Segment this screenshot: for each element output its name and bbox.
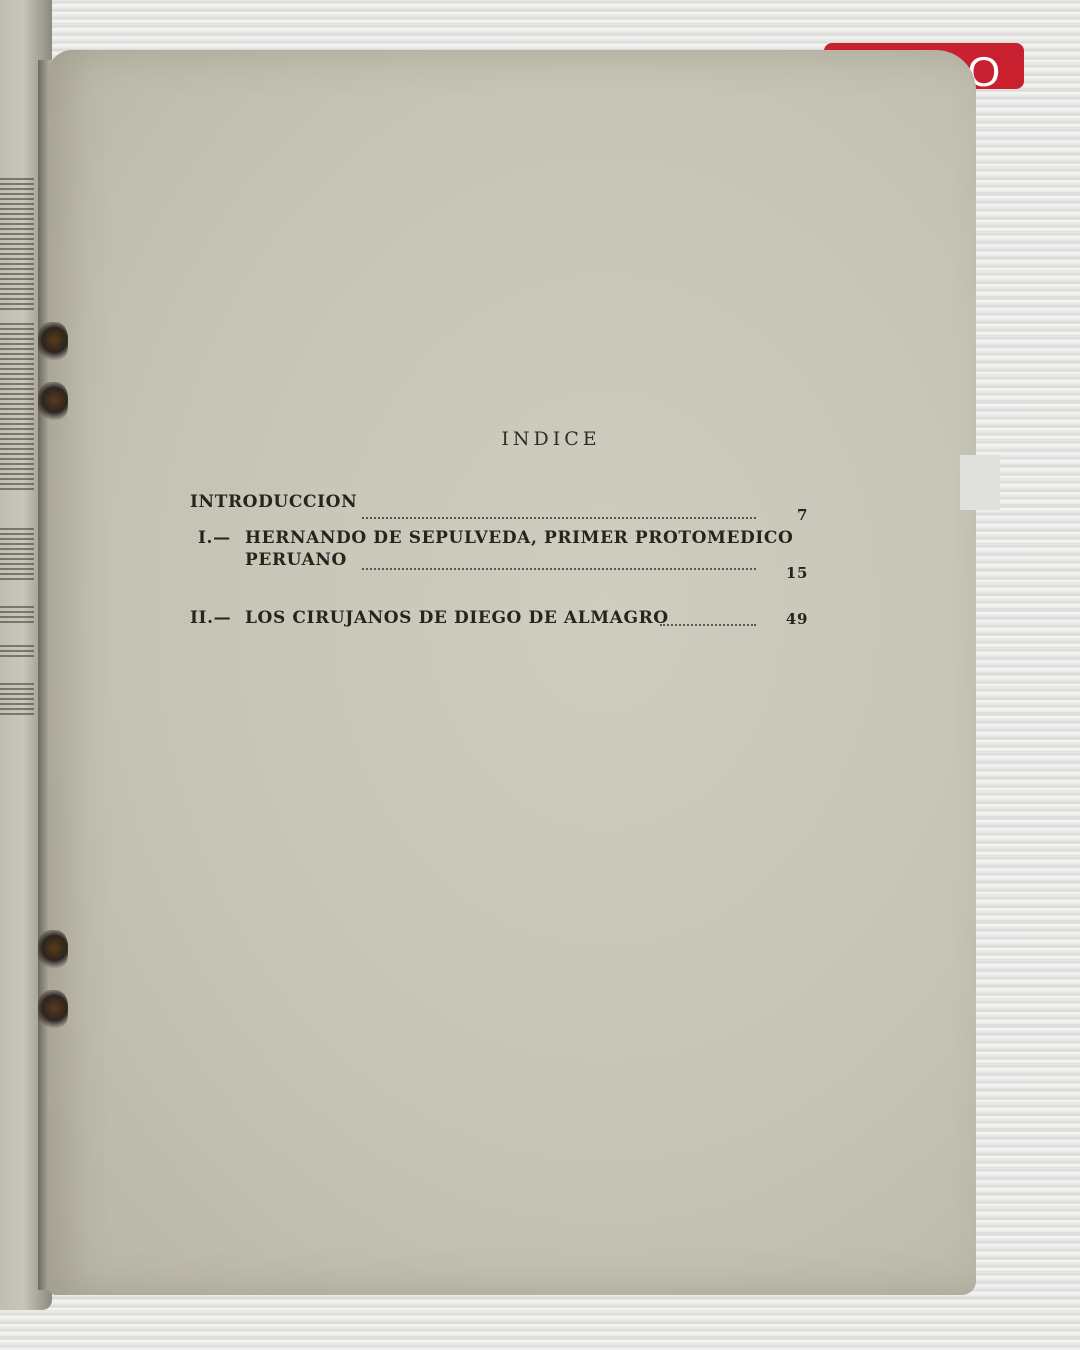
dot-leader bbox=[362, 517, 756, 519]
staple-mark bbox=[38, 990, 68, 1030]
left-page-text-block bbox=[0, 605, 34, 623]
left-page-text-block bbox=[0, 525, 34, 580]
page-title: INDICE bbox=[0, 428, 1080, 450]
dot-leader bbox=[362, 568, 756, 570]
staple-mark bbox=[38, 322, 68, 362]
toc-entry-title: HERNANDO DE SEPULVEDA, PRIMER PROTOMEDIC… bbox=[245, 528, 793, 548]
toc-entry: II.— LOS CIRUJANOS DE DIEGO DE ALMAGRO 4… bbox=[190, 608, 810, 630]
left-page-text-block bbox=[0, 175, 34, 310]
staple-mark bbox=[38, 382, 68, 422]
dot-leader bbox=[660, 624, 756, 626]
toc-entry-page: 15 bbox=[786, 564, 808, 582]
index-page bbox=[48, 50, 976, 1295]
toc-entry-title: LOS CIRUJANOS DE DIEGO DE ALMAGRO bbox=[245, 608, 669, 628]
toc-entry-title-continued: PERUANO bbox=[245, 550, 347, 570]
toc-entry-page: 49 bbox=[786, 610, 808, 628]
toc-entry: INTRODUCCION 7 bbox=[190, 492, 810, 514]
toc-entry-title: INTRODUCCION bbox=[190, 492, 357, 512]
toc-entry-number: I.— bbox=[198, 528, 231, 548]
left-page-text-block bbox=[0, 645, 34, 657]
toc-entry: I.— HERNANDO DE SEPULVEDA, PRIMER PROTOM… bbox=[190, 528, 810, 572]
toc-entry-page: 7 bbox=[797, 506, 808, 524]
toc-entry-number: II.— bbox=[190, 608, 231, 628]
page-tear bbox=[960, 455, 1000, 510]
table-of-contents: INTRODUCCION 7 I.— HERNANDO DE SEPULVEDA… bbox=[190, 492, 810, 580]
left-page-text-block bbox=[0, 320, 34, 490]
staple-mark bbox=[38, 930, 68, 970]
left-page-text-block bbox=[0, 680, 34, 715]
